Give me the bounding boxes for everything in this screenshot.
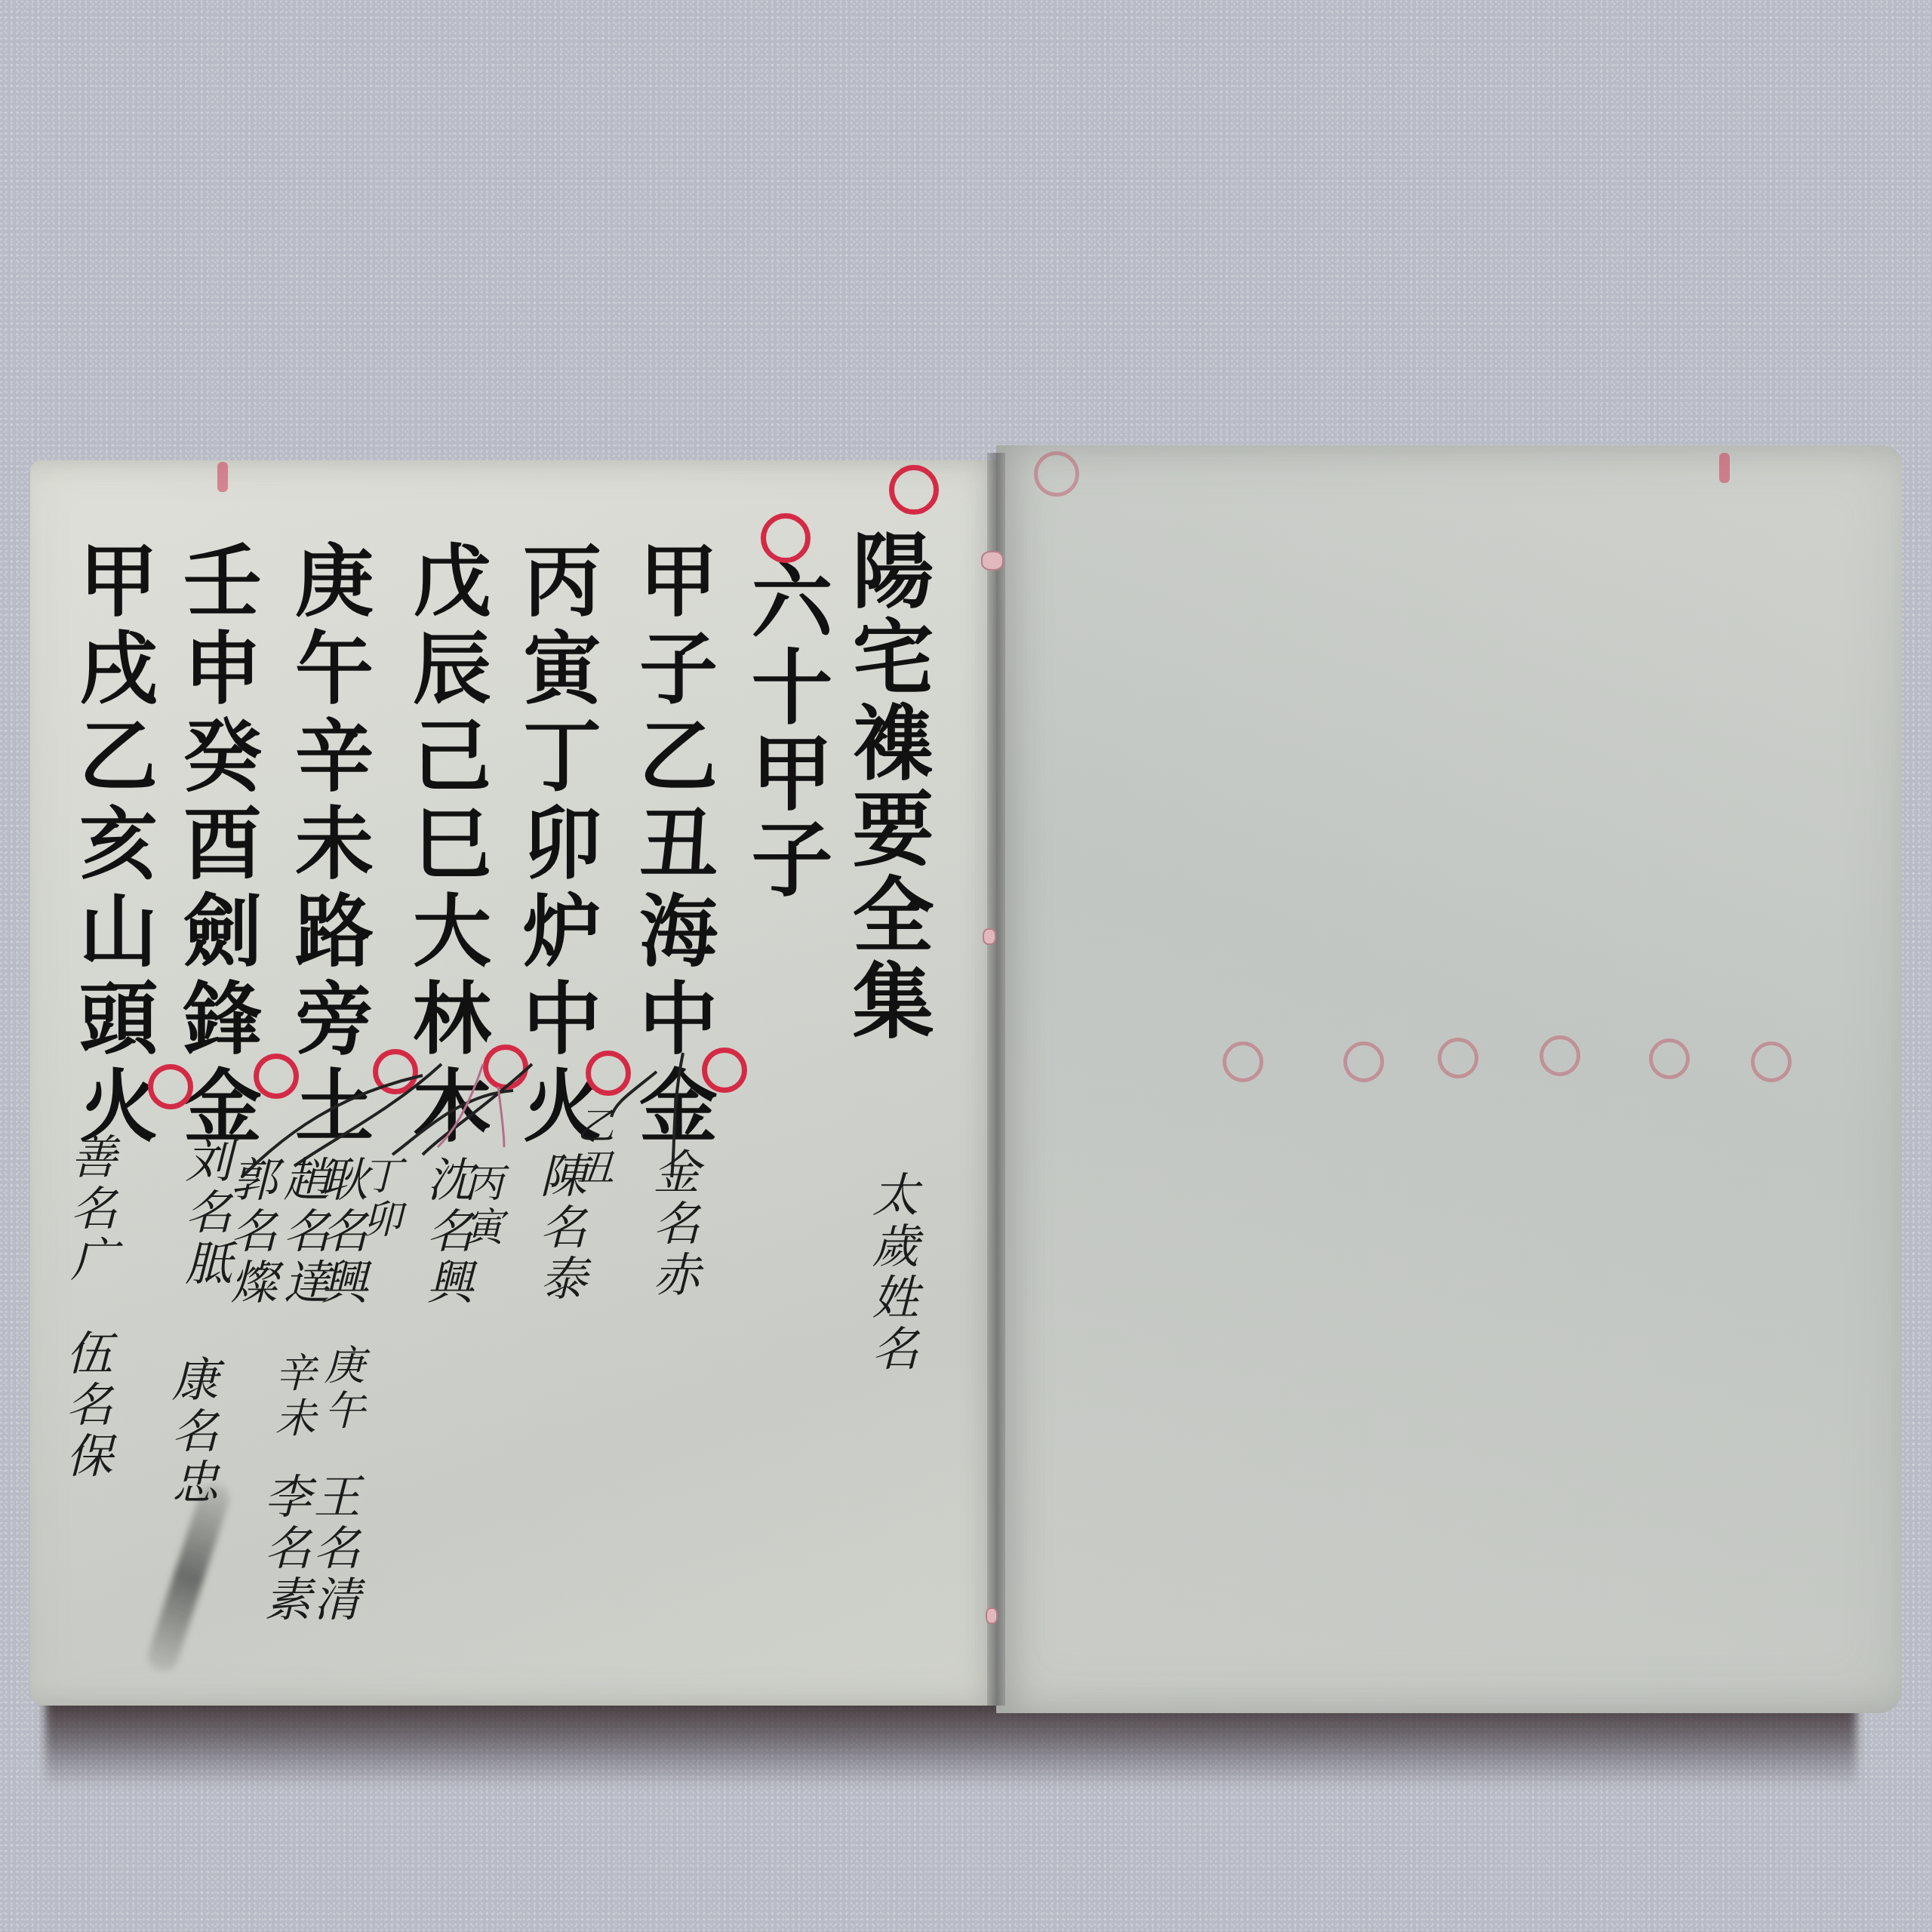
note-tai-sui: 太歲姓名 <box>868 1170 915 1375</box>
faint-red-circle <box>1751 1041 1792 1082</box>
book-title: 陽宅襍要全集 <box>845 528 927 1044</box>
note-wu-chen-name: 趙名達 <box>279 1155 326 1309</box>
cycle-column-4: 庚午辛未路旁土 <box>288 540 367 1152</box>
note-liu: 刘名胝 <box>181 1136 228 1290</box>
binding-stitch <box>983 928 996 945</box>
note-shan: 善名广 <box>66 1132 113 1286</box>
red-edge-mark <box>217 462 228 492</box>
faint-red-circle <box>1343 1041 1384 1082</box>
cycle-column-3: 戊辰己巳大林木 <box>406 540 485 1152</box>
faint-red-circle <box>1034 451 1079 497</box>
note-geng-wu-name: 王名清 <box>309 1472 356 1626</box>
faint-red-circle <box>1649 1038 1690 1079</box>
red-edge-mark <box>1719 453 1730 483</box>
note-wu-bao: 伍名保 <box>62 1328 109 1482</box>
note-geng-wu: 庚午 <box>321 1343 361 1434</box>
note-yi-chou-name: 陳名泰 <box>536 1151 583 1305</box>
cycle-column-1: 甲子乙丑海中金 <box>632 540 711 1152</box>
note-xin-wei: 辛未 <box>272 1351 312 1441</box>
note-ji-si-name: 郭名燦 <box>226 1155 273 1309</box>
note-xin-wei-name: 李名素 <box>260 1472 307 1626</box>
note-jia-zi: 金名赤 <box>649 1147 696 1301</box>
cycle-column-5: 壬申癸酉劍鋒金 <box>177 540 255 1152</box>
faint-red-circle <box>1223 1041 1263 1082</box>
cycle-column-6: 甲戌乙亥山頭火 <box>72 540 151 1152</box>
section-heading: 六十甲子 <box>744 558 826 903</box>
faint-red-circle <box>1438 1038 1478 1078</box>
red-circle-mark <box>148 1064 193 1109</box>
red-circle-mark <box>761 513 811 563</box>
binding-stitch <box>981 551 1004 571</box>
faint-red-circle <box>1540 1035 1580 1076</box>
red-circle-mark <box>586 1051 631 1096</box>
red-circle-mark <box>889 465 939 515</box>
binding-stitch <box>986 1607 998 1624</box>
red-circle-mark <box>373 1049 418 1094</box>
note-bing-yin-name: 沈名興 <box>423 1155 469 1309</box>
cycle-column-2: 丙寅丁卯炉中火 <box>516 540 595 1152</box>
red-circle-mark <box>702 1048 747 1093</box>
red-circle-mark <box>483 1044 528 1090</box>
red-circle-mark <box>254 1054 299 1099</box>
book-spine-gutter <box>987 453 1005 1706</box>
